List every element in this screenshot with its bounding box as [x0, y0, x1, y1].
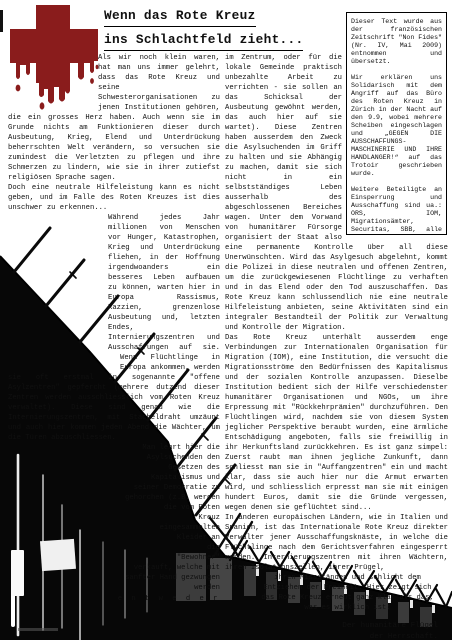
paragraph-deportation-prisons: In anderen europäischen Ländern, wie in …	[225, 513, 448, 573]
paragraph-asylum-centres: Während jedes Jahr millionen von Mensche…	[8, 213, 220, 443]
sidebar-paragraph-solidarity: Wir erklären uns Solidarisch mit dem Ang…	[351, 74, 442, 178]
closing-slogan-line-2: der Herrschaft.	[370, 633, 438, 640]
paragraph-deportation-prisons-tail: ihren Missständen und schlicht dem Entzi…	[225, 573, 448, 613]
cross-wrap-spacer	[8, 53, 98, 105]
closing-slogan: Der humanitäre Flügel der Herrschaft.	[225, 621, 448, 640]
scan-edge-artifact	[0, 10, 3, 32]
pamphlet-page: Wenn das Rote Kreuz ins Schlachtfeld zie…	[0, 0, 452, 640]
sidebar-paragraph-source: Dieser Text wurde aus der französischen …	[351, 18, 442, 66]
paragraph-no-neutral-aid: Doch eine neutrale Hilfeleistung kann es…	[8, 183, 220, 213]
body-column-left: Als wir noch klein waren, hat man uns im…	[8, 53, 220, 604]
title-line-2: ins Schlachtfeld zieht...	[104, 34, 303, 51]
sidebar-paragraph-accomplices: Weitere Beteiligte an Einsperrung und Au…	[351, 186, 442, 235]
paragraph-asylum-centres-tail: Man lehrt hier die Asylsuchenden den Ges…	[104, 443, 220, 604]
word-entweder: e n t w e d e r	[104, 594, 220, 604]
sidebar-note-box: Dieser Text wurde aus der französischen …	[346, 12, 447, 235]
paragraph-iom: Das Rote Kreuz unterhält ausserdem enge …	[225, 333, 448, 513]
title-line-1: Wenn das Rote Kreuz	[104, 10, 256, 27]
page-title: Wenn das Rote Kreuz ins Schlachtfeld zie…	[104, 10, 303, 58]
closing-slogan-line-1: Der humanitäre Flügel	[342, 622, 438, 630]
